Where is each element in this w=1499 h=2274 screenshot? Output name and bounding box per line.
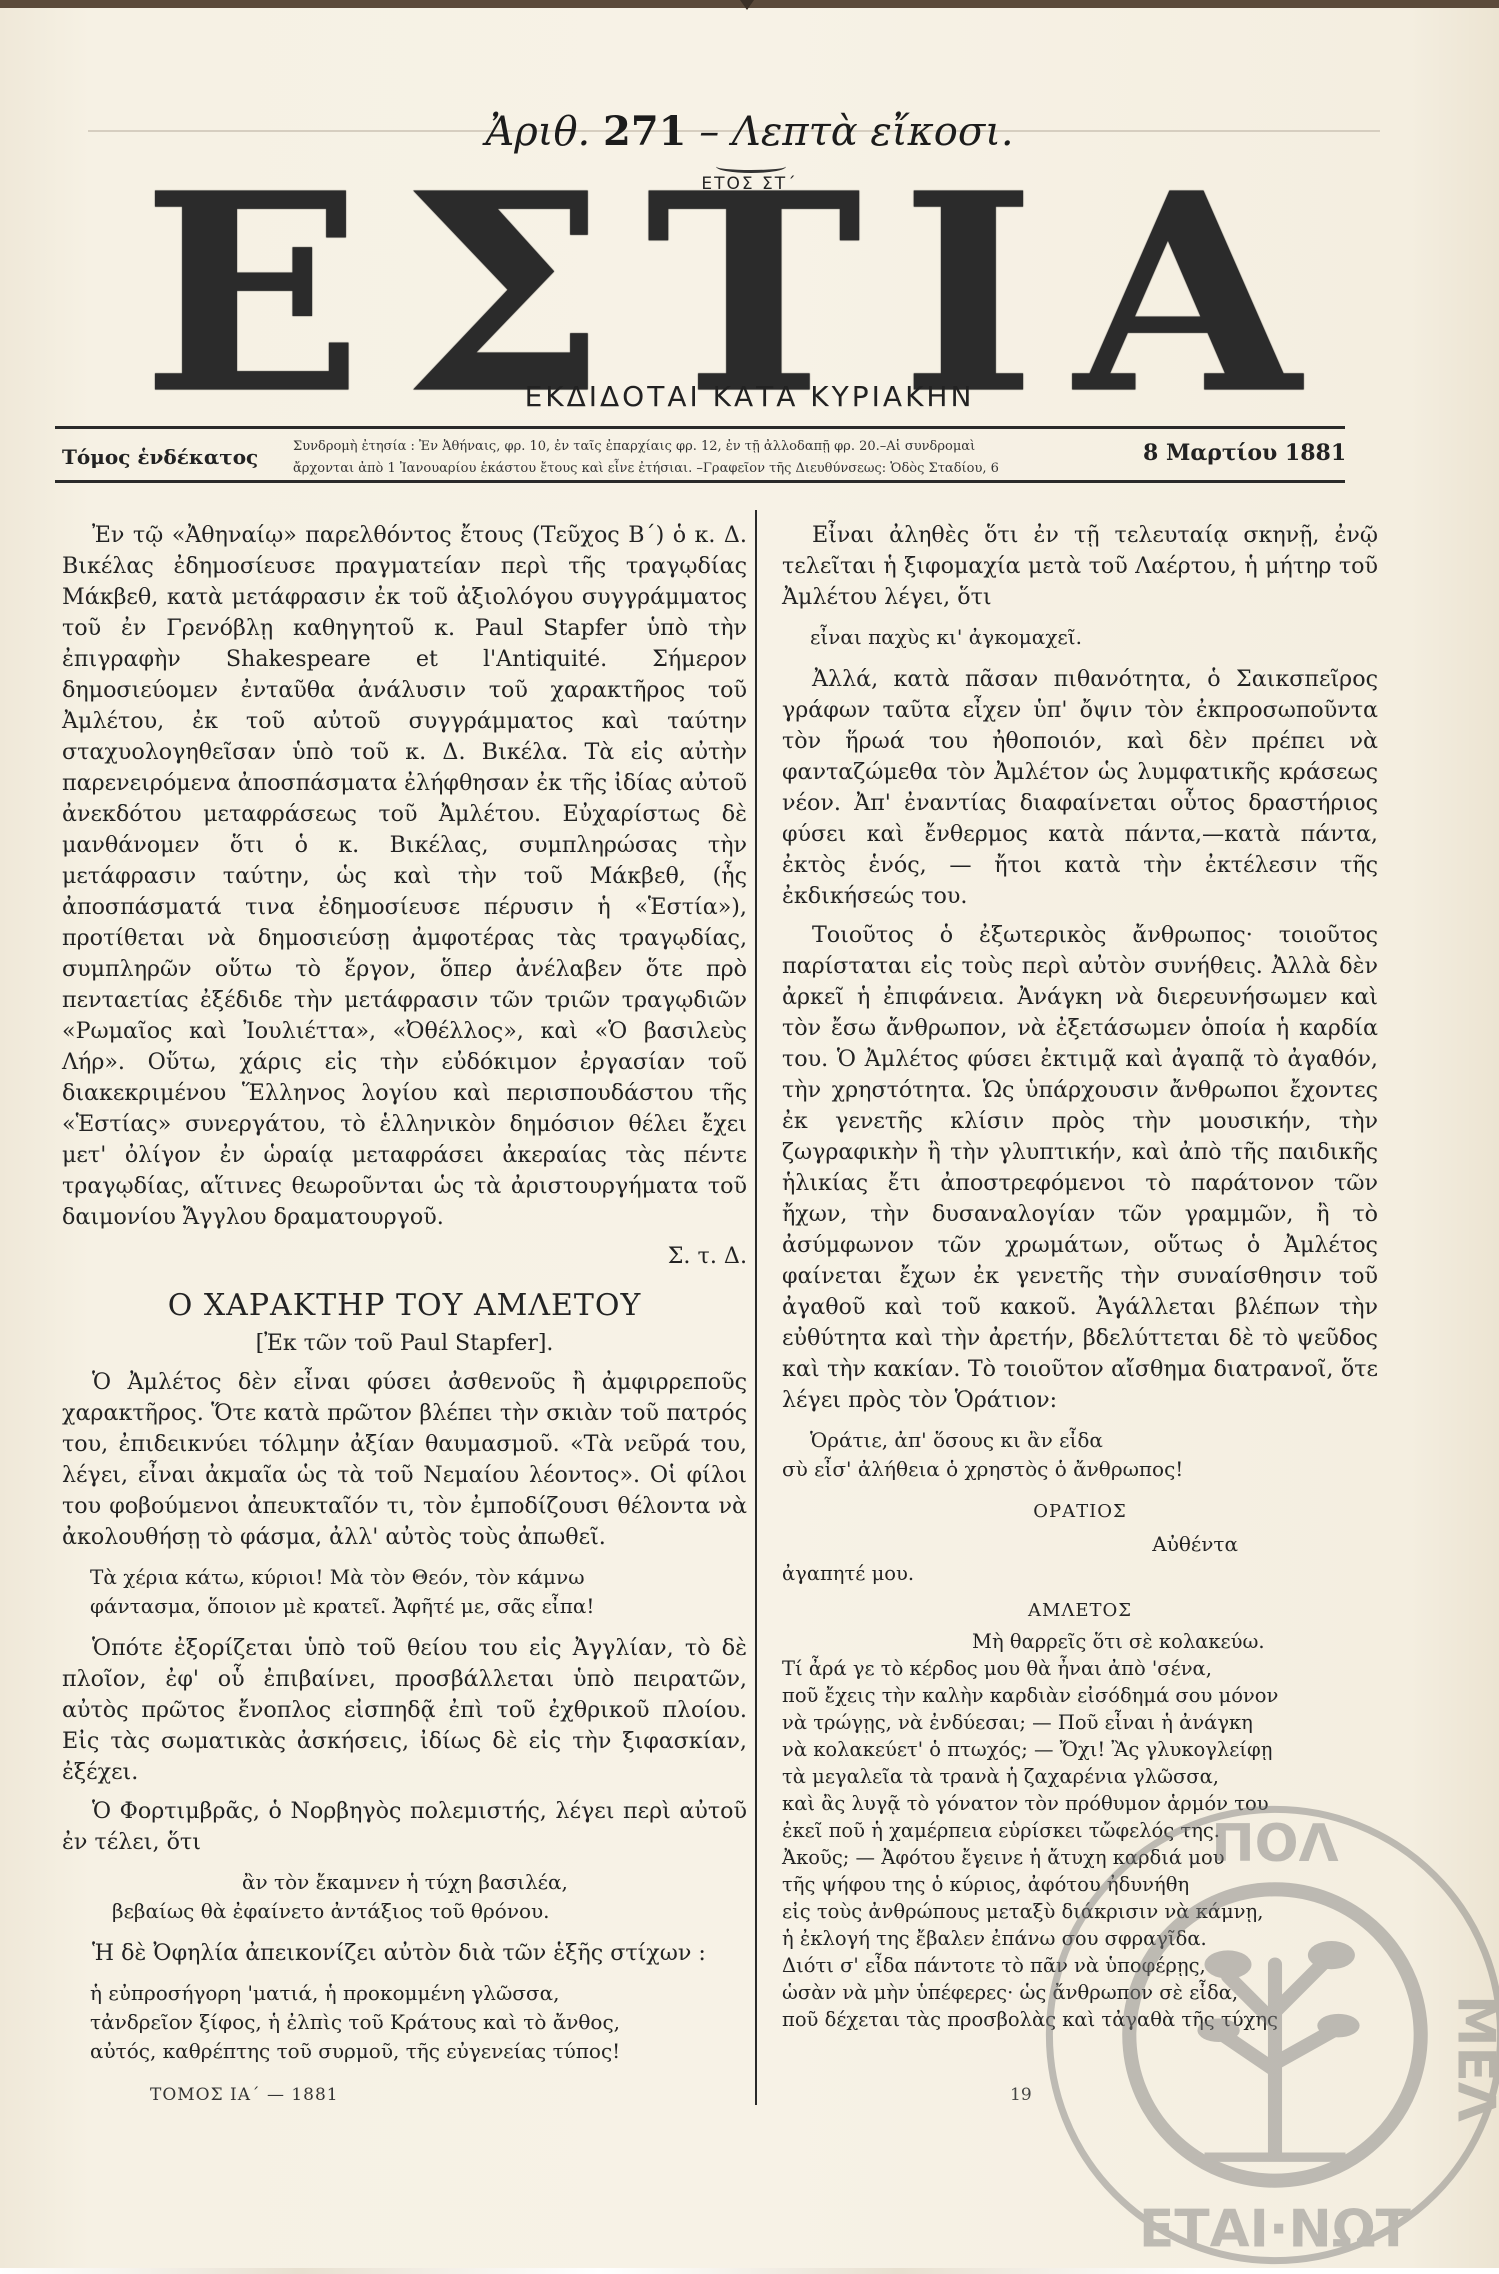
play-line: ἡ ἐκλογή της ἔβαλεν ἐπάνω σου σφραγῖδα. [782, 1925, 1378, 1952]
verse-line: ἡ εὐπροσήγορη 'ματιά, ἡ προκομμένη γλῶσσ… [90, 1979, 747, 2008]
play-line: Μὴ θαρρεῖς ὅτι σὲ κολακεύω. [782, 1628, 1378, 1655]
right-verse-1: εἶναι παχὺς κι' ἀγκομαχεῖ. [782, 623, 1378, 652]
svg-text:ΜΕΛ: ΜΕΛ [1445, 1995, 1499, 2122]
verse-line: φάντασμα, ὅποιον μὲ κρατεῖ. Ἀφῆτέ με, σᾶ… [90, 1592, 747, 1621]
header-rule-top [55, 426, 1345, 429]
volume-label: Τόμος ἑνδέκατος [62, 445, 258, 469]
header-rule-bottom [55, 480, 1345, 483]
play-line: Διότι σ' εἶδα πάντοτε τὸ πᾶν νὰ ὑποφέρῃς… [782, 1952, 1378, 1979]
verse-block-1: Τὰ χέρια κάτω, κύριοι! Μὰ τὸν Θεόν, τὸν … [62, 1563, 747, 1621]
horatio-line-b: ἀγαπητέ μου. [782, 1560, 1378, 1587]
newspaper-page: Ἀριθ. 271 – Λεπτὰ εἴκοσι. ΕΤΟΣ ΣΤ΄ ΕΣΤΙΑ… [0, 0, 1499, 2274]
article-paragraph-2: Ὁπότε ἐξορίζεται ὑπὸ τοῦ θείου του εἰς Ἀ… [62, 1633, 747, 1788]
play-line: ποῦ ἔχεις τὴν καλὴν καρδιὰν εἰσόδημά σου… [782, 1682, 1378, 1709]
issue-date: 8 Μαρτίου 1881 [1143, 440, 1346, 466]
right-paragraph-1: Εἶναι ἀληθὲς ὅτι ἐν τῇ τελευταίᾳ σκηνῇ, … [782, 520, 1378, 613]
article-paragraph-4: Ἡ δὲ Ὀφηλία ἀπεικονίζει αὐτὸν διὰ τῶν ἑξ… [62, 1938, 747, 1969]
speaker-horatio: ΟΡΑΤΙΟΣ [782, 1496, 1378, 1527]
speaker-hamlet: ΑΜΛΕΤΟΣ [782, 1595, 1378, 1626]
play-line: ποῦ δέχεται τὰς προσβολὰς καὶ τἀγαθὰ τῆς… [782, 2006, 1378, 2033]
play-line: Τί ἆρά γε τὸ κέρδος μου θὰ ἦναι ἀπὸ 'σέν… [782, 1655, 1378, 1682]
article-paragraph-3: Ὁ Φορτιμβρᾶς, ὁ Νορβηγὸς πολεμιστής, λέγ… [62, 1796, 747, 1858]
right-verse-2: Ὁράτιε, ἀπ' ὅσους κι ἂν εἶδα σὺ εἶσ' ἀλή… [782, 1426, 1378, 1484]
svg-text:ΕΤΑΙ·ΝΩΤ: ΕΤΑΙ·ΝΩΤ [1139, 2200, 1411, 2260]
masthead-subtitle: ΕΚΔΙΔΟΤΑΙ ΚΑΤΑ ΚΥΡΙΑΚΗΝ [0, 380, 1499, 413]
verse-line: τἀνδρεῖον ξίφος, ἡ ἐλπὶς τοῦ Κράτους καὶ… [90, 2008, 747, 2037]
article-title: Ο ΧΑΡΑΚΤΗΡ ΤΟΥ ΑΜΛΕΤΟΥ [62, 1284, 747, 1328]
play-line: τὰ μεγαλεῖα τὰ τρανὰ ἡ ζαχαρένια γλῶσσα, [782, 1763, 1378, 1790]
play-line: καὶ ἂς λυγᾷ τὸ γόνατον τὸν πρόθυμον ἁρμό… [782, 1790, 1378, 1817]
article-paragraph-1: Ὁ Ἀμλέτος δὲν εἶναι φύσει ἀσθενοῦς ἢ ἀμφ… [62, 1367, 747, 1553]
editor-signature: Σ. τ. Δ. [62, 1241, 747, 1272]
subscription-line-2: ἄρχονται ἀπὸ 1 Ἰανουαρίου ἑκάστου ἔτους … [293, 458, 999, 480]
play-line: ἐκεῖ ποῦ ἡ χαμέρπεια εὑρίσκει τὤφελός τη… [782, 1817, 1378, 1844]
verse-block-2: ἂν τὸν ἔκαμνεν ἡ τύχη βασιλέα, βεβαίως θ… [62, 1868, 747, 1926]
verse-line: βεβαίως θὰ ἐφαίνετο ἀντάξιος τοῦ θρόνου. [62, 1897, 747, 1926]
verse-line: ἂν τὸν ἔκαμνεν ἡ τύχη βασιλέα, [62, 1868, 747, 1897]
right-column: Εἶναι ἀληθὲς ὅτι ἐν τῇ τελευταίᾳ σκηνῇ, … [782, 520, 1378, 2033]
verse-line: Ὁράτιε, ἀπ' ὅσους κι ἂν εἶδα [810, 1426, 1378, 1455]
verse-line: αὐτός, καθρέπτης τοῦ συρμοῦ, τῆς εὐγενεί… [90, 2037, 747, 2066]
subscription-info: Συνδρομὴ ἐτησία : Ἐν Ἀθήναις, φρ. 10, ἐν… [293, 436, 999, 480]
verse-block-3: ἡ εὐπροσήγορη 'ματιά, ἡ προκομμένη γλῶσσ… [62, 1979, 747, 2066]
intro-paragraph: Ἐν τῷ «Ἀθηναίῳ» παρελθόντος ἔτους (Τεῦχο… [62, 520, 747, 1233]
page-bottom-edge [0, 2268, 1499, 2274]
play-line: εἰς τοὺς ἀνθρώπους μεταξὺ διάκρισιν νὰ κ… [782, 1898, 1378, 1925]
right-paragraph-3: Τοιοῦτος ὁ ἐξωτερικὸς ἄνθρωπος· τοιοῦτος… [782, 920, 1378, 1416]
play-line: Ἀκοῦς; — Ἀφότου ἔγεινε ἡ ἄτυχη καρδιά μο… [782, 1844, 1378, 1871]
masthead-title: ΕΣΤΙΑ [141, 190, 1328, 400]
play-line: τῆς ψήφου της ὁ κύριος, ἀφότου ἠδυνήθη [782, 1871, 1378, 1898]
right-paragraph-2: Ἀλλά, κατὰ πᾶσαν πιθανότητα, ὁ Σαικσπεῖρ… [782, 664, 1378, 912]
hamlet-speech: Μὴ θαρρεῖς ὅτι σὲ κολακεύω. Τί ἆρά γε τὸ… [782, 1628, 1378, 2033]
verse-line: εἶναι παχὺς κι' ἀγκομαχεῖ. [810, 623, 1378, 652]
left-column: Ἐν τῷ «Ἀθηναίῳ» παρελθόντος ἔτους (Τεῦχο… [62, 520, 747, 2078]
footer-volume-mark: ΤΟΜΟΣ ΙΑ΄ — 1881 [150, 2085, 339, 2105]
horatio-line-a: Αὐθέντα [782, 1529, 1378, 1560]
play-line: νὰ κολακεύετ' ὁ πτωχός; — Ὄχι! Ἂς γλυκογ… [782, 1736, 1378, 1763]
play-line: νὰ τρώγῃς, νὰ ἐνδύεσαι; — Ποῦ εἶναι ἡ ἀν… [782, 1709, 1378, 1736]
play-line: ὡσὰν νὰ μὴν ὑπέφερες· ὡς ἄνθρωπον σὲ εἶδ… [782, 1979, 1378, 2006]
verse-line: Τὰ χέρια κάτω, κύριοι! Μὰ τὸν Θεόν, τὸν … [90, 1563, 747, 1592]
verse-line: σὺ εἶσ' ἀλήθεια ὁ χρηστὸς ὁ ἄνθρωπος! [782, 1455, 1378, 1484]
column-divider [755, 510, 757, 2105]
article-credit: [Ἐκ τῶν τοῦ Paul Stapfer]. [62, 1328, 747, 1359]
page-number: 19 [1010, 2085, 1032, 2105]
subscription-line-1: Συνδρομὴ ἐτησία : Ἐν Ἀθήναις, φρ. 10, ἐν… [293, 436, 999, 458]
